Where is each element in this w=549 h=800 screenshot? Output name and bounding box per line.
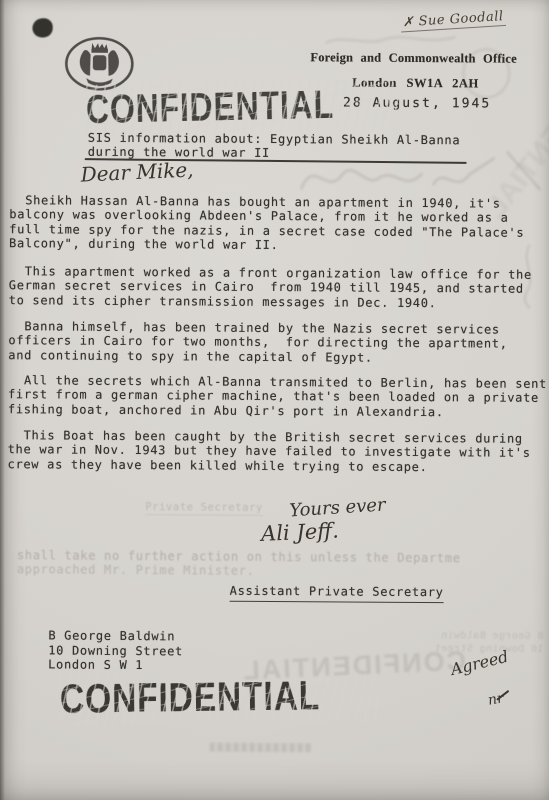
paragraph-4: All the secrets which Al-Banna transmite… [8, 373, 546, 420]
signer-title: Assistant Private Secretary [230, 584, 444, 604]
ghost-ring-mark [462, 48, 510, 98]
hole-punch-mark [33, 18, 53, 37]
recipient-name: B George Baldwin [48, 628, 183, 644]
handwritten-signature: Ali Jeff. [261, 518, 340, 545]
recipient-address: B George Baldwin 10 Downing Street Londo… [48, 628, 183, 673]
scanned-letter: Foreign and Commonwealth Office London S… [0, 0, 549, 800]
handwritten-routing-note: ✗ Sue Goodall [400, 9, 506, 33]
bleedthrough-address-line: B George Baldwin [434, 629, 543, 643]
bleedthrough-note-line: approached Mr. Prime Minister. [17, 562, 255, 578]
confidential-stamp-top: CONFIDENTIAL [86, 82, 397, 133]
handwritten-initials: nr [487, 690, 505, 708]
ghost-text-smudge [210, 743, 312, 753]
bleedthrough-title-echo: Private Secretary [145, 501, 263, 516]
page-content: Foreign and Commonwealth Office London S… [0, 0, 549, 800]
ghost-handwriting-squiggle [322, 30, 462, 51]
handwritten-valediction: Yours ever [289, 494, 387, 521]
recipient-street: 10 Downing Street [48, 643, 183, 659]
subject-block: SIS information about: Egyptian Sheikh A… [88, 131, 461, 162]
handwritten-approval: Agreed [449, 647, 510, 679]
stamp-text: CONFIDENTIAL [86, 83, 335, 133]
confidential-stamp-bottom: CONFIDENTIAL [60, 671, 378, 722]
paragraph-1: Sheikh Hassan Al-Banna has bought an apa… [9, 193, 547, 254]
paragraph-5: This Boat has been caught by the British… [7, 428, 545, 475]
scan-edge-shadow [0, 0, 5, 800]
stamp-text: CONFIDENTIAL [60, 672, 321, 723]
bleedthrough-note-line: shall take no further action on this unl… [17, 548, 461, 565]
paragraph-3: Banna himself, has been trained by the N… [8, 319, 546, 366]
salutation: Dear Mike, [80, 157, 194, 186]
paragraph-2: This apartment worked as a front organiz… [9, 264, 547, 311]
